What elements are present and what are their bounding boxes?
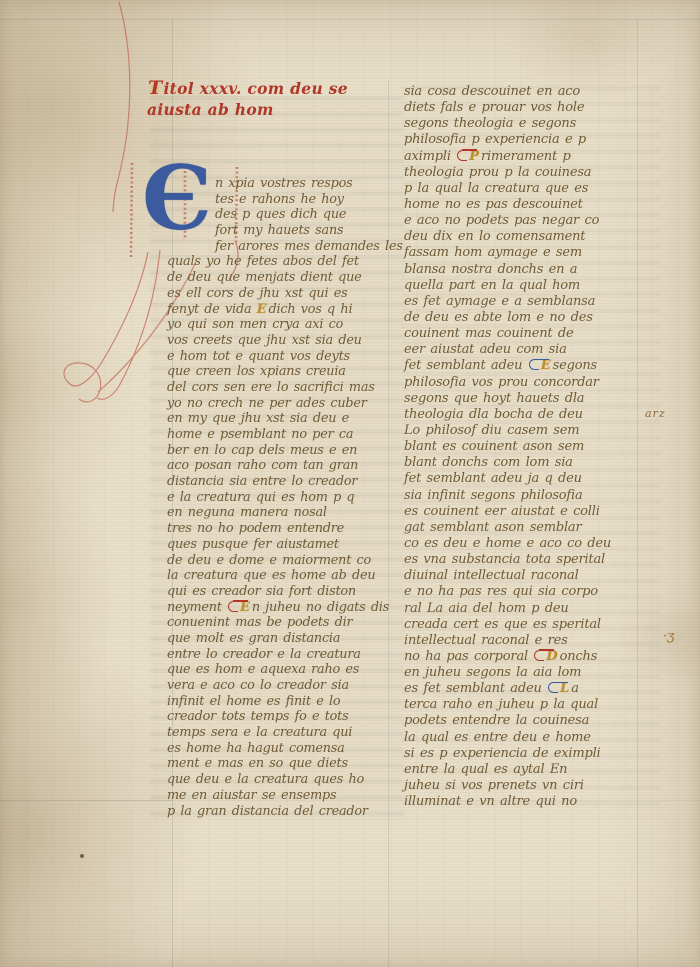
ruling-line-top [0, 19, 700, 20]
paraph-mark-red [534, 650, 544, 661]
text-column-right: sia cosa descouinet en acodiets fals e p… [404, 84, 666, 810]
text-line: neyment En juheu no digats dis [167, 600, 410, 616]
text-run: yo qui son men crya axi co [167, 317, 343, 332]
text-run: en my que jhu xst sia deu e [167, 411, 349, 426]
text-run: eer aiustat adeu com sia [404, 342, 567, 357]
text-line: blansa nostra donchs en a [404, 262, 666, 278]
text-run: que creen los xpians creuia [167, 364, 346, 379]
text-line: co es deu e home e aco co deu [404, 536, 666, 552]
text-line: conuenint mas be podets dir [167, 615, 410, 631]
text-run: home e psemblant no per ca [167, 427, 353, 442]
text-run: segons [553, 358, 597, 373]
text-line: temps sera e la creatura qui [167, 725, 410, 741]
text-run: gat semblant ason semblar [404, 520, 581, 535]
gold-initial-letter: D [546, 649, 557, 664]
text-line: yo qui son men crya axi co [167, 317, 410, 333]
text-line: en neguna manera nosal [167, 505, 410, 521]
text-run: ral La aia del hom p deu [404, 601, 569, 616]
text-run: co es deu e home e aco co deu [404, 536, 611, 551]
text-run: e aco no podets pas negar co [404, 213, 599, 228]
text-run: intellectual raconal e res [404, 633, 568, 648]
text-line: sia cosa descouinet en aco [404, 84, 666, 100]
text-run: aco posan raho com tan gran [167, 458, 358, 473]
text-line: vos creets que jhu xst sia deu [167, 333, 410, 349]
text-run: diets fals e prouar vos hole [404, 100, 584, 115]
text-run: home no es pas descouinet [404, 197, 583, 212]
text-run: sia infinit segons philosofia [404, 488, 583, 503]
text-run: p la gran distancia del creador [167, 804, 368, 819]
text-run: quals yo he fetes abos del fet [167, 254, 359, 269]
text-line: yo no crech ne per ades cuber [167, 396, 410, 412]
text-run: qui es creador sia fort diston [167, 584, 356, 599]
text-run: vos creets que jhu xst sia deu [167, 333, 362, 348]
text-run: si es p experiencia de eximpli [404, 746, 601, 761]
text-line: fer arores mes demandes les [167, 239, 410, 255]
text-run: philosofia vos prou concordar [404, 375, 599, 390]
text-line: home no es pas descouinet [404, 197, 666, 213]
text-line: ment e mas en so que diets [167, 756, 410, 772]
text-line: fenyt de vida Edich vos q hi [167, 302, 410, 318]
text-line: diuinal intellectual raconal [404, 568, 666, 584]
text-line: philosofia p experiencia e p [404, 132, 666, 148]
text-run: sia cosa descouinet en aco [404, 84, 580, 99]
text-run: rimerament p [481, 149, 571, 164]
text-run: la qual es entre deu e home [404, 730, 591, 745]
text-line: terca raho en juheu p la qual [404, 697, 666, 713]
text-line: p la qual la creatura que es [404, 181, 666, 197]
text-run: tes e rahons he hoy [215, 192, 344, 207]
text-run: fet semblant adeu [404, 358, 528, 373]
text-line: vera e aco co lo creador sia [167, 678, 410, 694]
gold-initial-letter: E [257, 302, 267, 317]
text-run: temps sera e la creatura qui [167, 725, 352, 740]
text-run: vera e aco co lo creador sia [167, 678, 349, 693]
text-line: aximpli Primerament p [404, 149, 666, 165]
gold-initial-letter: E [541, 358, 551, 373]
text-run: es fet aymage e a semblansa [404, 294, 595, 309]
text-line: ber en lo cap dels meus e en [167, 443, 410, 459]
text-line: infinit el home es finit e lo [167, 694, 410, 710]
text-run: quella part en la qual hom [404, 278, 580, 293]
text-line: la creatura que es home ab deu [167, 568, 410, 584]
text-line: del cors sen ere lo sacrifici mas [167, 380, 410, 396]
text-line: quella part en la qual hom [404, 278, 666, 294]
text-line: juheu si vos prenets vn ciri [404, 778, 666, 794]
ink-speck [80, 854, 84, 858]
text-run: tres no ho podem entendre [167, 521, 344, 536]
text-line: e no ha pas res qui sia corpo [404, 584, 666, 600]
text-run: des p ques dich que [215, 207, 346, 222]
text-run: que molt es gran distancia [167, 631, 340, 646]
text-line: que molt es gran distancia [167, 631, 410, 647]
text-run: segons theologia e segons [404, 116, 576, 131]
text-line: ques pusque fer aiustamet [167, 537, 410, 553]
text-line: tres no ho podem entendre [167, 521, 410, 537]
text-line: Lo philosof diu casem sem [404, 423, 666, 439]
text-line: es fet aymage e a semblansa [404, 294, 666, 310]
text-run: fenyt de vida [167, 302, 257, 317]
text-line: e aco no podets pas negar co [404, 213, 666, 229]
text-run: couinent mas couinent de [404, 326, 573, 341]
text-run: philosofia p experiencia e p [404, 132, 586, 147]
text-run: entre lo creador e la creatura [167, 647, 361, 662]
text-run: podets entendre la couinesa [404, 713, 589, 728]
rubric-title: Titol xxxv. com deu se aiusta ab hom [147, 78, 348, 120]
text-line: qui es creador sia fort diston [167, 584, 410, 600]
text-run: no ha pas corporal [404, 649, 533, 664]
text-run: creada cert es que es sperital [404, 617, 601, 632]
gold-initial-letter: P [469, 149, 479, 164]
text-line: illuminat e vn altre qui no [404, 794, 666, 810]
text-run: segons que hoyt hauets dla [404, 391, 584, 406]
rubric-line-1: Titol xxxv. com deu se [147, 78, 348, 99]
margin-note-1: arz [645, 407, 666, 420]
text-run: del cors sen ere lo sacrifici mas [167, 380, 375, 395]
text-line: la qual es entre deu e home [404, 730, 666, 746]
gold-initial-letter: E [240, 600, 250, 615]
text-run: theologia dla bocha de deu [404, 407, 583, 422]
text-line: que deu e la creatura ques ho [167, 772, 410, 788]
text-run: blant es couinent ason sem [404, 439, 584, 454]
text-run: blansa nostra donchs en a [404, 262, 577, 277]
rubric-initial-letter: T [147, 77, 163, 99]
text-line: blant es couinent ason sem [404, 439, 666, 455]
text-run: n juheu no digats dis [252, 600, 389, 615]
text-line: home e psemblant no per ca [167, 427, 410, 443]
text-line: quals yo he fetes abos del fet [167, 254, 410, 270]
manuscript-page: Titol xxxv. com deu se aiusta ab hom Є n… [0, 0, 700, 967]
text-run: infinit el home es finit e lo [167, 694, 340, 709]
text-line: de deu e dome e maiorment co [167, 553, 410, 569]
rubric-line-2: aiusta ab hom [147, 99, 348, 120]
paraph-mark-blue [548, 682, 558, 693]
text-line: podets entendre la couinesa [404, 713, 666, 729]
text-run: theologia prou p la couinesa [404, 165, 591, 180]
text-line: si es p experiencia de eximpli [404, 746, 666, 762]
text-run: terca raho en juheu p la qual [404, 697, 598, 712]
text-line: en juheu segons la aia lom [404, 665, 666, 681]
text-run: creador tots temps fo e tots [167, 709, 348, 724]
text-run: fassam hom aymage e sem [404, 245, 582, 260]
text-line: philosofia vos prou concordar [404, 375, 666, 391]
text-line: de deu es abte lom e no des [404, 310, 666, 326]
ruling-line-bottom-left [0, 800, 173, 801]
text-run: e no ha pas res qui sia corpo [404, 584, 598, 599]
text-line: distancia sia entre lo creador [167, 474, 410, 490]
text-line: en my que jhu xst sia deu e [167, 411, 410, 427]
text-line: es home ha hagut comensa [167, 741, 410, 757]
text-line: que es hom e aquexa raho es [167, 662, 410, 678]
text-line: theologia prou p la couinesa [404, 165, 666, 181]
text-run: e la creatura qui es hom p q [167, 490, 354, 505]
text-line: es fet semblant adeu La [404, 681, 666, 697]
text-run: entre la qual es aytal En [404, 762, 567, 777]
text-run: ment e mas en so que diets [167, 756, 348, 771]
text-line: blant donchs com lom sia [404, 455, 666, 471]
margin-note-2: ·ʒ [663, 629, 674, 644]
text-line: e la creatura qui es hom p q [167, 490, 410, 506]
text-run: en neguna manera nosal [167, 505, 327, 520]
text-run: que deu e la creatura ques ho [167, 772, 364, 787]
text-line: ral La aia del hom p deu [404, 601, 666, 617]
text-column-left: n xpia vostres respostes e rahons he hoy… [167, 176, 410, 819]
text-run: diuinal intellectual raconal [404, 568, 579, 583]
text-run: ques pusque fer aiustamet [167, 537, 339, 552]
text-run: es fet semblant adeu [404, 681, 547, 696]
text-run: yo no crech ne per ades cuber [167, 396, 367, 411]
text-line: p la gran distancia del creador [167, 804, 410, 820]
text-line: entre lo creador e la creatura [167, 647, 410, 663]
text-run: fort my hauets sans [215, 223, 343, 238]
gold-initial-letter: L [560, 681, 569, 696]
text-line: es couinent eer aiustat e colli [404, 504, 666, 520]
text-line: de deu que menjats dient que [167, 270, 410, 286]
text-run: neyment [167, 600, 227, 615]
text-run: n xpia vostres respos [215, 176, 353, 191]
text-line: diets fals e prouar vos hole [404, 100, 666, 116]
text-line: segons que hoyt hauets dla [404, 391, 666, 407]
text-run: p la qual la creatura que es [404, 181, 588, 196]
text-line: entre la qual es aytal En [404, 762, 666, 778]
text-run: conuenint mas be podets dir [167, 615, 352, 630]
text-run: Lo philosof diu casem sem [404, 423, 579, 438]
text-line: gat semblant ason semblar [404, 520, 666, 536]
text-run: blant donchs com lom sia [404, 455, 573, 470]
text-run: aximpli [404, 149, 456, 164]
text-line: aco posan raho com tan gran [167, 458, 410, 474]
text-line: creador tots temps fo e tots [167, 709, 410, 725]
text-line: fet semblant adeu ja q deu [404, 471, 666, 487]
text-run: que es hom e aquexa raho es [167, 662, 359, 677]
text-line: fassam hom aymage e sem [404, 245, 666, 261]
text-run: fer arores mes demandes les [215, 239, 403, 254]
paraph-mark-red [228, 601, 238, 612]
text-line: fet semblant adeu Esegons [404, 358, 666, 374]
text-line: sia infinit segons philosofia [404, 488, 666, 504]
text-run: es vna substancia tota sperital [404, 552, 605, 567]
text-run: es home ha hagut comensa [167, 741, 345, 756]
text-line: creada cert es que es sperital [404, 617, 666, 633]
text-run: de deu que menjats dient que [167, 270, 362, 285]
text-line: e hom tot e quant vos deyts [167, 349, 410, 365]
text-run: es couinent eer aiustat e colli [404, 504, 600, 519]
text-run: onchs [560, 649, 598, 664]
text-run: en juheu segons la aia lom [404, 665, 581, 680]
text-line: que creen los xpians creuia [167, 364, 410, 380]
text-run: me en aiustar se ensemps [167, 788, 336, 803]
text-run: deu dix en lo comensament [404, 229, 585, 244]
text-line: couinent mas couinent de [404, 326, 666, 342]
paraph-mark-red [457, 150, 467, 161]
text-run: distancia sia entre lo creador [167, 474, 357, 489]
text-line: es ell cors de jhu xst qui es [167, 286, 410, 302]
text-run: a [571, 681, 579, 696]
text-run: e hom tot e quant vos deyts [167, 349, 350, 364]
text-run: es ell cors de jhu xst qui es [167, 286, 347, 301]
text-run: illuminat e vn altre qui no [404, 794, 577, 809]
text-line: me en aiustar se ensemps [167, 788, 410, 804]
text-line: intellectual raconal e res [404, 633, 666, 649]
paraph-mark-blue [529, 359, 539, 370]
text-line: segons theologia e segons [404, 116, 666, 132]
text-line: theologia dla bocha de deu [404, 407, 666, 423]
text-line: es vna substancia tota sperital [404, 552, 666, 568]
text-line: no ha pas corporal Donchs [404, 649, 666, 665]
text-run: de deu e dome e maiorment co [167, 553, 371, 568]
rubric-line-1-text: itol xxxv. com deu se [163, 79, 347, 98]
text-run: de deu es abte lom e no des [404, 310, 593, 325]
text-run: la creatura que es home ab deu [167, 568, 375, 583]
text-line: deu dix en lo comensament [404, 229, 666, 245]
text-run: ber en lo cap dels meus e en [167, 443, 357, 458]
text-run: juheu si vos prenets vn ciri [404, 778, 584, 793]
text-run: dich vos q hi [269, 302, 353, 317]
text-line: eer aiustat adeu com sia [404, 342, 666, 358]
text-run: fet semblant adeu ja q deu [404, 471, 582, 486]
initial-spacer [167, 176, 215, 239]
